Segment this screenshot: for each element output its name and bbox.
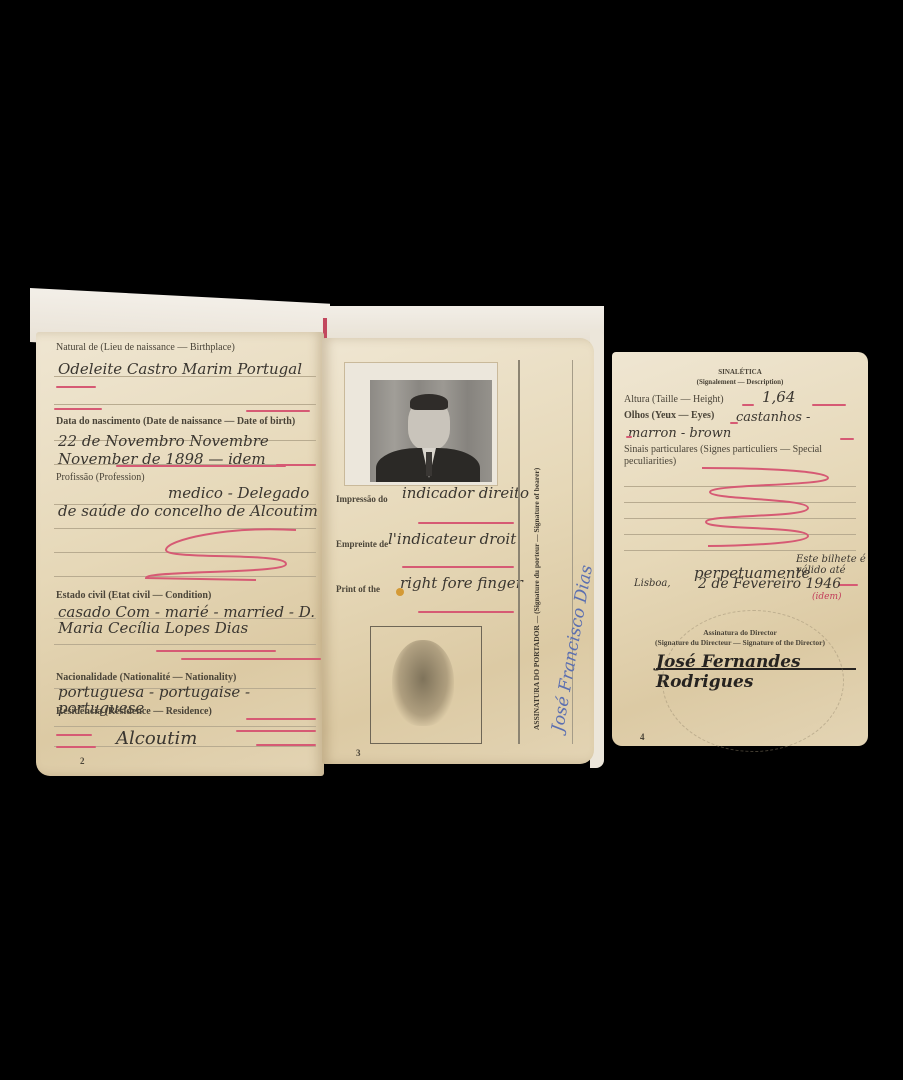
residence-label: Residência (Résidence — Residence) bbox=[56, 706, 212, 717]
issued-place: Lisboa, bbox=[634, 578, 671, 589]
birthdate-label: Data do nascimento (Date de naissance — … bbox=[56, 416, 316, 427]
issued-date: 2 de Fevereiro 1946 bbox=[698, 576, 841, 592]
eyes-value: castanhos - marron - brown bbox=[628, 410, 860, 442]
fingerprint-impression bbox=[392, 640, 454, 726]
birthplace-label: Natural de (Lieu de naissance — Birthpla… bbox=[56, 342, 235, 353]
nationality-label: Nacionalidade (Nationalité — Nationality… bbox=[56, 672, 236, 683]
fp-value-en: right fore finger bbox=[400, 574, 523, 592]
fp-label-pt: Impressão do bbox=[336, 494, 388, 504]
strike-squiggle bbox=[698, 462, 848, 552]
booklet-cover-flap-right bbox=[322, 306, 604, 342]
page-number: 2 bbox=[80, 756, 85, 766]
strike-squiggle bbox=[106, 522, 306, 582]
fp-value-pt: indicador direito bbox=[402, 484, 529, 502]
civil-status-value: casado Com - marié - married - D. Maria … bbox=[58, 604, 320, 636]
fp-label-en: Print of the bbox=[336, 584, 380, 594]
stain bbox=[396, 588, 404, 596]
fp-label-fr: Empreinte de bbox=[336, 539, 388, 549]
birthplace-value: Odeleite Castro Marim Portugal bbox=[58, 358, 318, 380]
height-label: Altura (Taille — Height) bbox=[624, 394, 724, 405]
fp-value-fr: l'indicateur droit bbox=[388, 530, 516, 548]
page-2: Natural de (Lieu de naissance — Birthpla… bbox=[36, 332, 324, 776]
portrait-photo bbox=[370, 380, 492, 482]
description-subtitle: (Signalement — Description) bbox=[612, 378, 868, 386]
civil-status-label: Estado civil (Etat civil — Condition) bbox=[56, 590, 211, 601]
profession-label: Profissão (Profession) bbox=[56, 472, 145, 483]
height-value: 1,64 bbox=[762, 388, 795, 406]
page-number: 3 bbox=[356, 748, 361, 758]
residence-value: Alcoutim bbox=[116, 728, 197, 749]
bearer-signature-label: ASSINATURA DO PORTADOR — (Signature du p… bbox=[532, 468, 541, 730]
issued-note: (idem) bbox=[812, 592, 842, 602]
description-title: SINALÉTICA bbox=[612, 368, 868, 376]
embossed-seal bbox=[662, 610, 844, 752]
page-number: 4 bbox=[640, 732, 645, 742]
profession-value: medico - Delegado de saúde do concelho d… bbox=[58, 484, 320, 520]
signature-column-rule bbox=[518, 360, 520, 744]
birthdate-value: 22 de Novembro Novembre November de 1898… bbox=[58, 432, 318, 468]
